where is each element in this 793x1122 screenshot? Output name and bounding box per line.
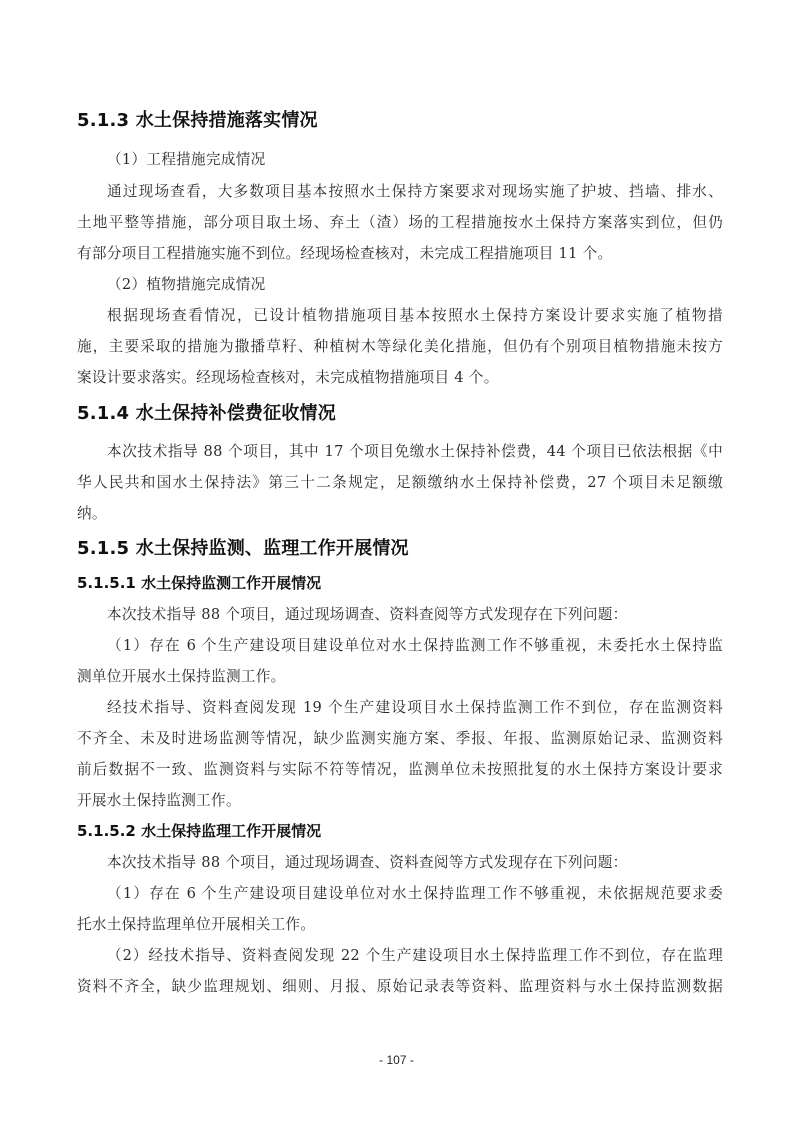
paragraph-line: 本次技术指导 88 个项目，通过现场调查、资料查阅等方式发现存在下列问题： (77, 603, 723, 624)
list-item-line: 托水土保持监理单位开展相关工作。 (77, 913, 723, 934)
heading-5-1-5: 5.1.5 水土保持监测、监理工作开展情况 (77, 534, 409, 560)
list-item-line: 测单位开展水土保持监测工作。 (77, 665, 723, 686)
paragraph-line: 经技术指导、资料查阅发现 19 个生产建设项目水土保持监测工作不到位，存在监测资… (77, 696, 723, 717)
list-item-line: （1）存在 6 个生产建设项目建设单位对水土保持监理工作不够重视，未依据规范要求… (77, 882, 723, 903)
paragraph-line: 前后数据不一致、监测资料与实际不符等情况，监测单位未按照批复的水土保持方案设计要… (77, 758, 723, 779)
heading-5-1-3: 5.1.3 水土保持措施落实情况 (77, 106, 318, 132)
paragraph-line: 不齐全、未及时进场监测等情况，缺少监测实施方案、季报、年报、监测原始记录、监测资… (77, 727, 723, 748)
paragraph-line: 本次技术指导 88 个项目，其中 17 个项目免缴水土保持补偿费，44 个项目已… (77, 440, 723, 461)
paragraph-line: 案设计要求落实。经现场检查核对，未完成植物措施项目 4 个。 (77, 366, 723, 387)
list-item-line: 资料不齐全，缺少监理规划、细则、月报、原始记录表等资料、监理资料与水土保持监测数… (77, 975, 723, 996)
heading-5-1-5-1: 5.1.5.1 水土保持监测工作开展情况 (77, 572, 321, 593)
paragraph-line: 通过现场查看，大多数项目基本按照水土保持方案要求对现场实施了护坡、挡墙、排水、 (77, 180, 723, 201)
paragraph-line: 有部分项目工程措施实施不到位。经现场检查核对，未完成工程措施项目 11 个。 (77, 242, 723, 263)
paragraph-line: 土地平整等措施，部分项目取土场、弃土（渣）场的工程措施按水土保持方案落实到位，但… (77, 211, 723, 232)
list-item-line: （1）存在 6 个生产建设项目建设单位对水土保持监测工作不够重视，未委托水土保持… (77, 634, 723, 655)
paragraph-line: 施，主要采取的措施为撒播草籽、种植树木等绿化美化措施，但仍有个别项目植物措施未按… (77, 335, 723, 356)
paragraph-line: 本次技术指导 88 个项目，通过现场调查、资料查阅等方式发现存在下列问题： (77, 851, 723, 872)
list-item-line: （2）经技术指导、资料查阅发现 22 个生产建设项目水土保持监理工作不到位，存在… (77, 944, 723, 965)
page-number: - 107 - (0, 1053, 793, 1067)
paragraph-line: 开展水土保持监测工作。 (77, 789, 723, 810)
paragraph-line: 纳。 (77, 502, 723, 523)
subheading-vegetation-measures: （2）植物措施完成情况 (77, 273, 723, 294)
heading-5-1-4: 5.1.4 水土保持补偿费征收情况 (77, 399, 336, 425)
subheading-engineering-measures: （1）工程措施完成情况 (77, 148, 723, 169)
heading-5-1-5-2: 5.1.5.2 水土保持监理工作开展情况 (77, 820, 321, 841)
paragraph-line: 根据现场查看情况，已设计植物措施项目基本按照水土保持方案设计要求实施了植物措 (77, 304, 723, 325)
paragraph-line: 华人民共和国水土保持法》第三十二条规定，足额缴纳水土保持补偿费，27 个项目未足… (77, 471, 723, 492)
